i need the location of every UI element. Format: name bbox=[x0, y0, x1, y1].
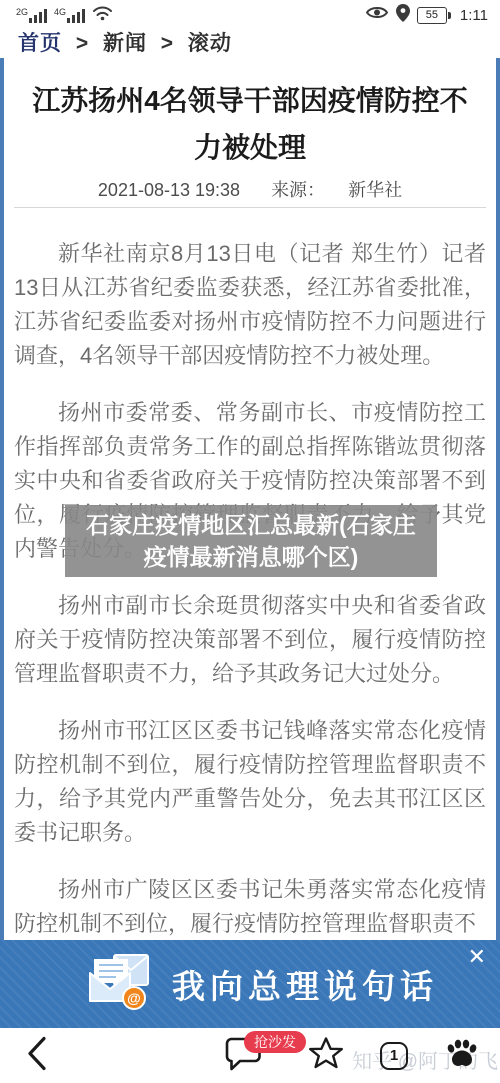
article-title: 江苏扬州4名领导干部因疫情防控不力被处理 bbox=[22, 77, 478, 171]
banner-close-icon[interactable]: ✕ bbox=[468, 946, 486, 968]
favorite-star-button[interactable] bbox=[308, 1036, 344, 1076]
window-count-number: 1 bbox=[390, 1047, 398, 1064]
paw-print-button[interactable] bbox=[445, 1038, 477, 1073]
article-paragraph: 新华社南京8月13日电（记者 郑生竹）记者13日从江苏省纪委监委获悉，经江苏省委… bbox=[14, 237, 486, 373]
page-border-left bbox=[0, 58, 4, 1028]
clock-time: 1:11 bbox=[460, 7, 488, 24]
status-left: 2G 4G bbox=[16, 5, 113, 26]
envelope-letter-icon: @ bbox=[86, 953, 152, 1016]
source-name: 新华社 bbox=[348, 180, 402, 200]
breadcrumb-news-link[interactable]: 新闻 bbox=[103, 32, 147, 55]
article-body: 新华社南京8月13日电（记者 郑生竹）记者13日从江苏省纪委监委获悉，经江苏省委… bbox=[14, 237, 486, 940]
ad-overlay-link[interactable]: 石家庄疫情地区汇总最新(石家庄疫情最新消息哪个区) bbox=[65, 505, 437, 577]
page-border-right bbox=[496, 58, 500, 1028]
signal-2g-icon: 2G bbox=[16, 8, 47, 23]
breadcrumb-scroll-link[interactable]: 滚动 bbox=[188, 32, 232, 55]
article-paragraph: 扬州市邗江区区委书记钱峰落实常态化疫情防控机制不到位，履行疫情防控管理监督职责不… bbox=[14, 714, 486, 850]
signal-4g-icon: 4G bbox=[54, 8, 85, 23]
first-comment-badge[interactable]: 抢沙发 bbox=[244, 1031, 306, 1053]
banner-text: 我向总理说句话 bbox=[172, 961, 438, 1008]
article-paragraph: 扬州市广陵区区委书记朱勇落实常态化疫情防控机制不到位，履行疫情防控管理监督职责不 bbox=[14, 873, 486, 940]
eye-icon bbox=[365, 5, 389, 25]
window-count-button[interactable]: 1 bbox=[380, 1042, 408, 1070]
divider bbox=[14, 207, 486, 208]
publish-date: 2021-08-13 19:38 bbox=[98, 180, 240, 200]
article-meta: 2021-08-13 19:38 来源： 新华社 bbox=[0, 176, 500, 202]
status-right: 55 1:11 bbox=[365, 4, 488, 27]
breadcrumb-separator: > bbox=[161, 32, 174, 55]
battery-icon: 55 bbox=[417, 7, 447, 24]
location-pin-icon bbox=[396, 4, 410, 27]
back-button[interactable] bbox=[28, 1036, 46, 1075]
status-bar: 2G 4G 55 1:11 bbox=[0, 0, 500, 28]
news-article-page: 2G 4G 55 1:11 首页 > bbox=[0, 0, 500, 1083]
at-symbol: @ bbox=[127, 990, 141, 1006]
breadcrumb: 首页 > 新闻 > 滚动 bbox=[18, 27, 232, 57]
bottom-toolbar: 知乎 @阿丁的飞 抢沙发 1 bbox=[0, 1028, 500, 1083]
ad-overlay-text: 石家庄疫情地区汇总最新(石家庄疫情最新消息哪个区) bbox=[77, 509, 425, 573]
article-paragraph: 扬州市副市长余珽贯彻落实中央和省委省政府关于疫情防控决策部署不到位，履行疫情防控… bbox=[14, 589, 486, 691]
breadcrumb-home-link[interactable]: 首页 bbox=[18, 32, 62, 55]
wifi-icon bbox=[92, 5, 113, 26]
network-2g-label: 2G bbox=[16, 8, 28, 17]
network-4g-label: 4G bbox=[54, 8, 66, 17]
source-label: 来源： bbox=[271, 180, 325, 200]
battery-percent: 55 bbox=[426, 9, 438, 21]
premier-message-banner[interactable]: @ 我向总理说句话 ✕ bbox=[0, 940, 500, 1028]
breadcrumb-separator: > bbox=[76, 32, 89, 55]
